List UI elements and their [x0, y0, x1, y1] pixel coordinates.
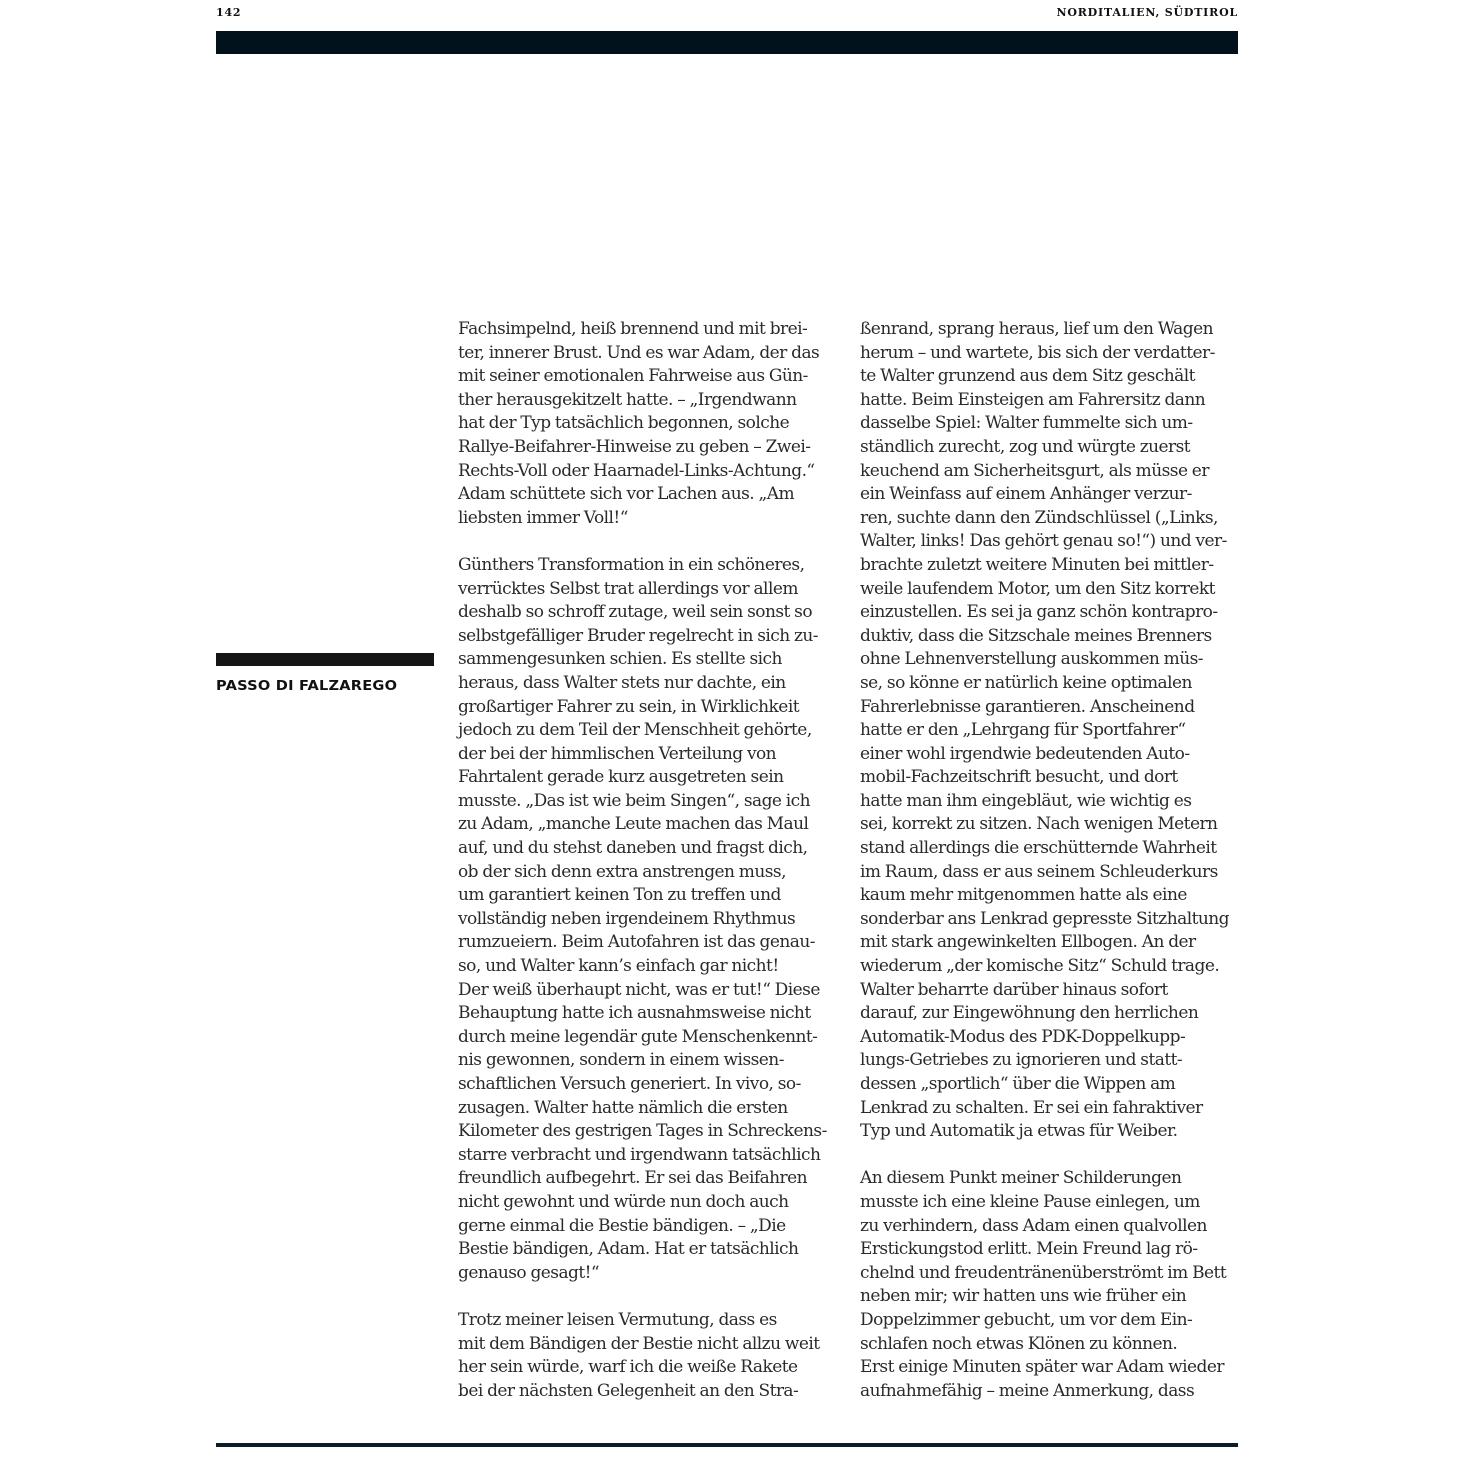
text-line: starre verbracht und irgendwann tatsächl… — [458, 1144, 838, 1168]
text-line: ter, innerer Brust. Und es war Adam, der… — [458, 342, 838, 366]
text-line: Fahrtalent gerade kurz ausgetreten sein — [458, 766, 838, 790]
text-line: aufnahmefähig – meine Anmerkung, dass — [860, 1380, 1240, 1404]
text-column-right: ßenrand, sprang heraus, lief um den Wage… — [860, 318, 1240, 1403]
text-line: musste ich eine kleine Pause einlegen, u… — [860, 1191, 1240, 1215]
text-line: Typ und Automatik ja etwas für Weiber. — [860, 1120, 1240, 1144]
text-line: ßenrand, sprang heraus, lief um den Wage… — [860, 318, 1240, 342]
text-line: Erst einige Minuten später war Adam wied… — [860, 1356, 1240, 1380]
text-line: keuchend am Sicherheitsgurt, als müsse e… — [860, 460, 1240, 484]
text-column-left: Fachsimpelnd, heiß brennend und mit brei… — [458, 318, 838, 1403]
text-line: duktiv, dass die Sitzschale meines Brenn… — [860, 625, 1240, 649]
text-line: ren, suchte dann den Zündschlüssel („Lin… — [860, 507, 1240, 531]
text-line: weile laufendem Motor, um den Sitz korre… — [860, 578, 1240, 602]
paragraph-gap — [860, 1144, 1240, 1168]
text-line: liebsten immer Voll!“ — [458, 507, 838, 531]
text-line: schaftlichen Versuch generiert. In vivo,… — [458, 1073, 838, 1097]
text-line: ohne Lehnenverstellung auskommen müs- — [860, 648, 1240, 672]
text-line: durch meine legendär gute Menschenkennt- — [458, 1026, 838, 1050]
text-line: zu verhindern, dass Adam einen qualvolle… — [860, 1215, 1240, 1239]
text-line: Kilometer des gestrigen Tages in Schreck… — [458, 1120, 838, 1144]
text-line: lungs-Getriebes zu ignorieren und statt- — [860, 1049, 1240, 1073]
text-line: bei der nächsten Gelegenheit an den Stra… — [458, 1380, 838, 1404]
text-line: wiederum „der komische Sitz“ Schuld trag… — [860, 955, 1240, 979]
text-line: schlafen noch etwas Klönen zu können. — [860, 1333, 1240, 1357]
text-line: dessen „sportlich“ über die Wippen am — [860, 1073, 1240, 1097]
text-line: An diesem Punkt meiner Schilderungen — [860, 1167, 1240, 1191]
text-line: so, und Walter kann’s einfach gar nicht! — [458, 955, 838, 979]
text-line: Adam schüttete sich vor Lachen aus. „Am — [458, 483, 838, 507]
text-line: Walter beharrte darüber hinaus sofort — [860, 979, 1240, 1003]
text-line: im Raum, dass er aus seinem Schleuderkur… — [860, 861, 1240, 885]
page-number: 142 — [216, 6, 241, 19]
text-line: nicht gewohnt und würde nun doch auch — [458, 1191, 838, 1215]
footer-rule — [216, 1443, 1238, 1447]
text-line: sei, korrekt zu sitzen. Nach wenigen Met… — [860, 813, 1240, 837]
text-line: Lenkrad zu schalten. Er sei ein fahrakti… — [860, 1097, 1240, 1121]
text-line: Behauptung hatte ich ausnahmsweise nicht — [458, 1002, 838, 1026]
text-line: Der weiß überhaupt nicht, was er tut!“ D… — [458, 979, 838, 1003]
text-line: vollständig neben irgendeinem Rhythmus — [458, 908, 838, 932]
text-line: Walter, links! Das gehört genau so!“) un… — [860, 530, 1240, 554]
text-line: rumzueiern. Beim Autofahren ist das gena… — [458, 931, 838, 955]
text-line: Fachsimpelnd, heiß brennend und mit brei… — [458, 318, 838, 342]
running-title: NORDITALIEN, SÜDTIROL — [1056, 6, 1238, 19]
text-line: einzustellen. Es sei ja ganz schön kontr… — [860, 601, 1240, 625]
text-line: heraus, dass Walter stets nur dachte, ei… — [458, 672, 838, 696]
text-line: Günthers Transformation in ein schöneres… — [458, 554, 838, 578]
text-line: musste. „Das ist wie beim Singen“, sage … — [458, 790, 838, 814]
header-bar — [216, 31, 1238, 54]
text-line: Doppelzimmer gebucht, um vor dem Ein- — [860, 1309, 1240, 1333]
text-line: der bei der himmlischen Verteilung von — [458, 743, 838, 767]
text-line: te Walter grunzend aus dem Sitz geschält — [860, 365, 1240, 389]
text-line: sammengesunken schien. Es stellte sich — [458, 648, 838, 672]
text-line: deshalb so schroff zutage, weil sein son… — [458, 601, 838, 625]
text-line: um garantiert keinen Ton zu treffen und — [458, 884, 838, 908]
paragraph-gap — [458, 1285, 838, 1309]
text-line: dasselbe Spiel: Walter fummelte sich um- — [860, 412, 1240, 436]
text-line: stand allerdings die erschütternde Wahrh… — [860, 837, 1240, 861]
text-line: freundlich aufbegehrt. Er sei das Beifah… — [458, 1167, 838, 1191]
text-line: Fahrerlebnisse garantieren. Anscheinend — [860, 696, 1240, 720]
text-line: ob der sich denn extra anstrengen muss, — [458, 861, 838, 885]
text-line: herum – und wartete, bis sich der verdat… — [860, 342, 1240, 366]
text-line: hatte. Beim Einsteigen am Fahrersitz dan… — [860, 389, 1240, 413]
text-line: einer wohl irgendwie bedeutenden Auto- — [860, 743, 1240, 767]
text-line: hat der Typ tatsächlich begonnen, solche — [458, 412, 838, 436]
text-line: chelnd und freudentränenüberströmt im Be… — [860, 1262, 1240, 1286]
text-line: mit stark angewinkelten Ellbogen. An der — [860, 931, 1240, 955]
text-line: auf, und du stehst daneben und fragst di… — [458, 837, 838, 861]
text-line: mit seiner emotionalen Fahrweise aus Gün… — [458, 365, 838, 389]
text-line: Rechts-Voll oder Haarnadel-Links-Achtung… — [458, 460, 838, 484]
text-line: Rallye-Beifahrer-Hinweise zu geben – Zwe… — [458, 436, 838, 460]
text-line: zusagen. Walter hatte nämlich die ersten — [458, 1097, 838, 1121]
text-line: sonderbar ans Lenkrad gepresste Sitzhalt… — [860, 908, 1240, 932]
text-line: mobil-Fachzeitschrift besucht, und dort — [860, 766, 1240, 790]
text-line: hatte man ihm eingebläut, wie wichtig es — [860, 790, 1240, 814]
text-line: nis gewonnen, sondern in einem wissen- — [458, 1049, 838, 1073]
text-line: se, so könne er natürlich keine optimale… — [860, 672, 1240, 696]
text-line: jedoch zu dem Teil der Menschheit gehört… — [458, 719, 838, 743]
text-line: Trotz meiner leisen Vermutung, dass es — [458, 1309, 838, 1333]
text-line: zu Adam, „manche Leute machen das Maul — [458, 813, 838, 837]
text-line: neben mir; wir hatten uns wie früher ein — [860, 1285, 1240, 1309]
text-line: gerne einmal die Bestie bändigen. – „Die — [458, 1215, 838, 1239]
text-line: selbstgefälliger Bruder regelrecht in si… — [458, 625, 838, 649]
section-title: PASSO DI FALZAREGO — [216, 678, 397, 694]
text-line: ständlich zurecht, zog und würgte zuerst — [860, 436, 1240, 460]
text-line: großartiger Fahrer zu sein, in Wirklichk… — [458, 696, 838, 720]
text-line: Erstickungstod erlitt. Mein Freund lag r… — [860, 1238, 1240, 1262]
text-line: Automatik-Modus des PDK-Doppelkupp- — [860, 1026, 1240, 1050]
text-line: verrücktes Selbst trat allerdings vor al… — [458, 578, 838, 602]
text-line: ther herausgekitzelt hatte. – „Irgendwan… — [458, 389, 838, 413]
book-page: 142 NORDITALIEN, SÜDTIROL PASSO DI FALZA… — [0, 0, 1458, 1458]
text-line: ein Weinfass auf einem Anhänger verzur- — [860, 483, 1240, 507]
text-line: kaum mehr mitgenommen hatte als eine — [860, 884, 1240, 908]
text-line: her sein würde, warf ich die weiße Raket… — [458, 1356, 838, 1380]
text-line: hatte er den „Lehrgang für Sportfahrer“ — [860, 719, 1240, 743]
text-line: genauso gesagt!“ — [458, 1262, 838, 1286]
text-line: brachte zuletzt weitere Minuten bei mitt… — [860, 554, 1240, 578]
text-line: darauf, zur Eingewöhnung den herrlichen — [860, 1002, 1240, 1026]
paragraph-gap — [458, 530, 838, 554]
text-line: Bestie bändigen, Adam. Hat er tatsächlic… — [458, 1238, 838, 1262]
section-marker-bar — [216, 653, 434, 666]
text-line: mit dem Bändigen der Bestie nicht allzu … — [458, 1333, 838, 1357]
